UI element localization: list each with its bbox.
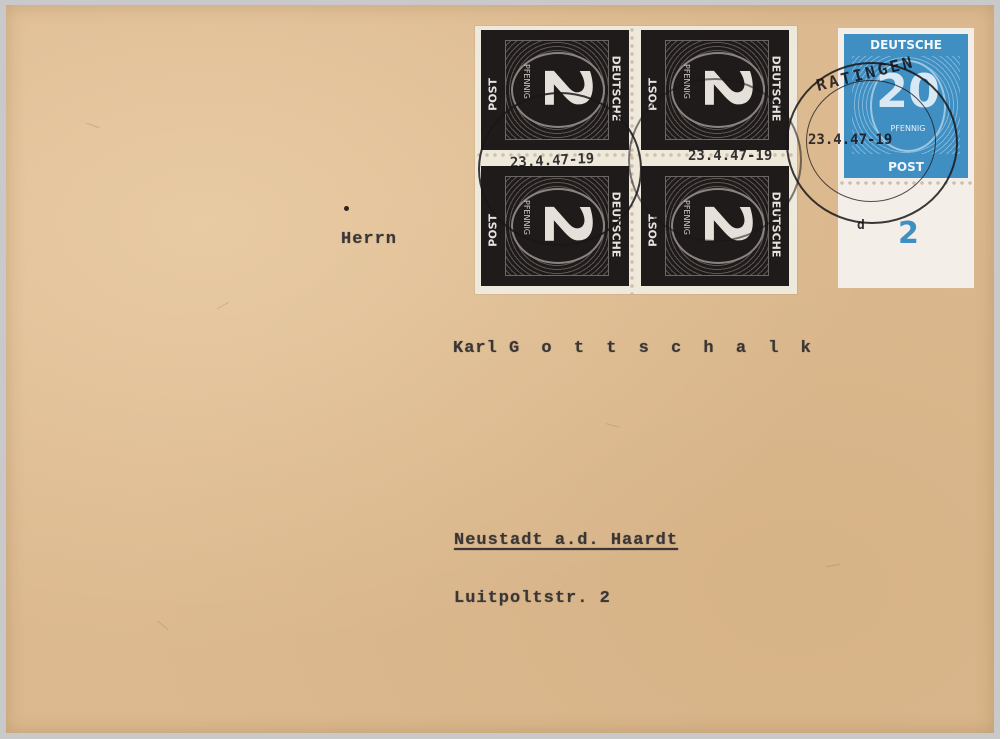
address-salutation: Herrn: [341, 230, 397, 249]
stamp-post-label: POST: [487, 75, 500, 115]
stamp-unit: PFENNIG: [522, 64, 531, 99]
address-city: Neustadt a.d. Haardt: [454, 531, 678, 550]
postmark-circle: [478, 92, 642, 246]
paper-fiber: [157, 621, 168, 631]
address-last-name: G o t t s c h a l k: [509, 339, 817, 358]
paper-fiber: [606, 423, 620, 428]
ink-dot: [344, 206, 349, 211]
paper-fiber: [826, 564, 840, 567]
address-name: Karl G o t t s c h a l k: [453, 339, 817, 358]
postmark-letter: d: [857, 218, 865, 233]
plate-number: 2: [898, 216, 919, 251]
address-first-name: Karl: [453, 339, 498, 358]
postmark-date: 23.4.47-19: [688, 148, 772, 164]
paper-fiber: [217, 302, 230, 310]
paper-fiber: [86, 123, 99, 129]
stamp-country-label: DEUTSCHE: [844, 38, 968, 52]
postmark-date: 23.4.47-19: [808, 132, 892, 148]
address-street: Luitpoltstr. 2: [454, 589, 611, 608]
